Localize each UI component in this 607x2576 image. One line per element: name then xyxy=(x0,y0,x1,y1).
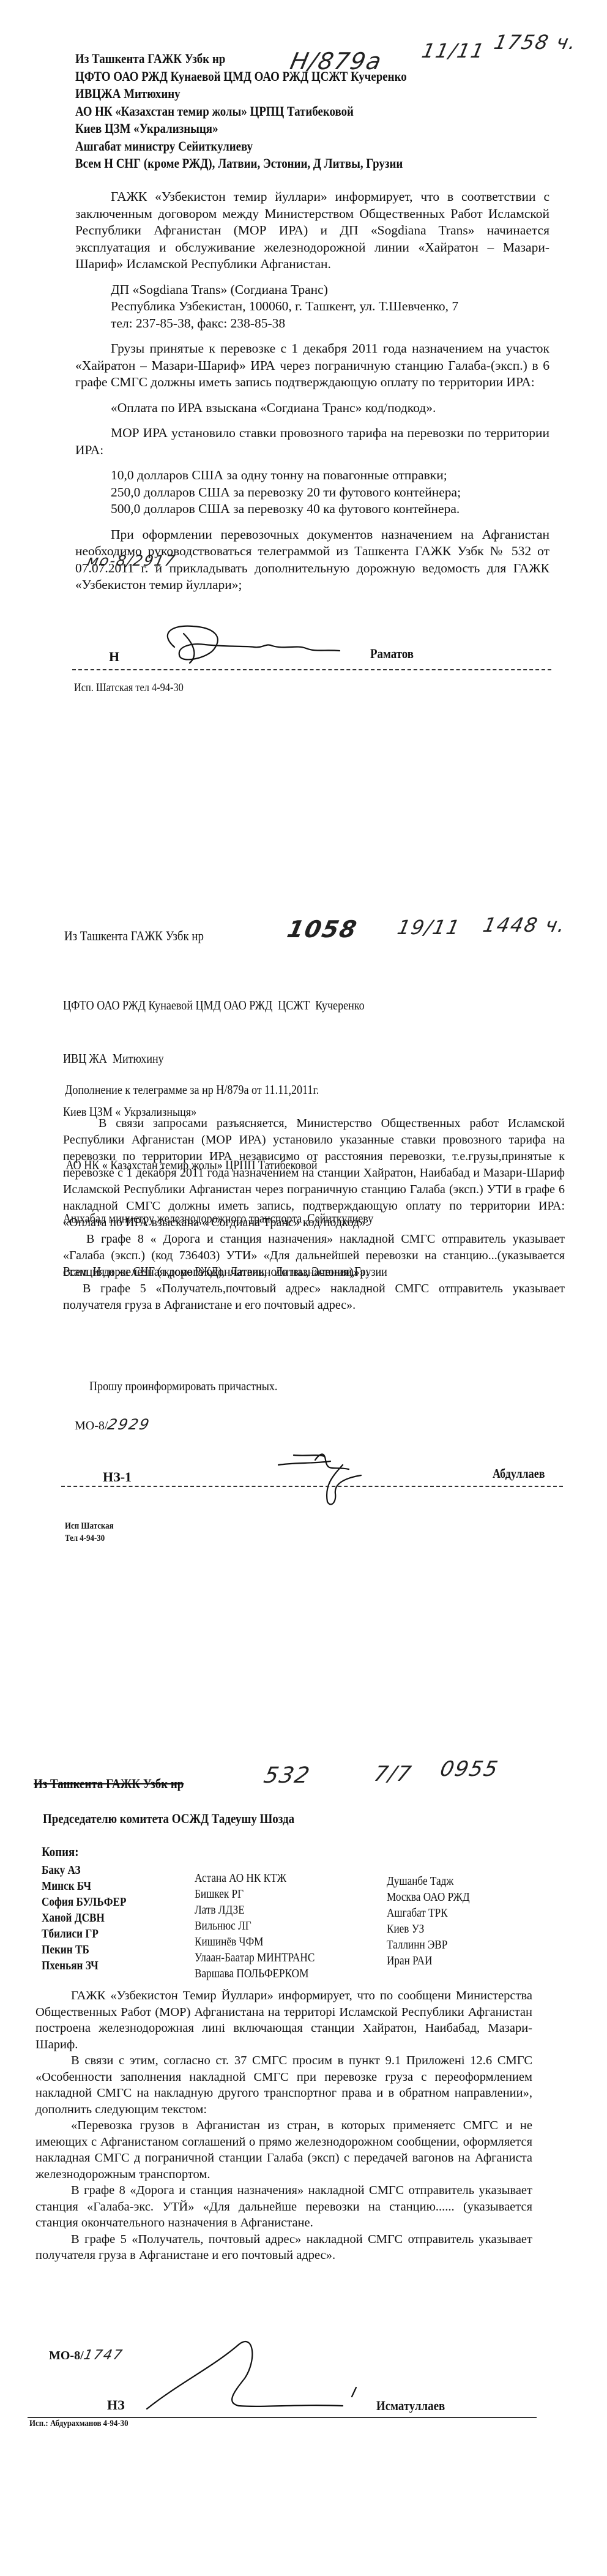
tariff-item: 10,0 долларов США за одну тонну на поваг… xyxy=(111,467,549,484)
telegram-document-1: Н/879а 11/11 1758 ч. Из Ташкента ГАЖК Уз… xyxy=(0,0,607,692)
recipient-line: ЦФТО ОАО РЖД Кунаевой ЦМД ОАО РЖД ЦСЖТ К… xyxy=(75,68,475,86)
addressee-line: Председателю комитета ОСЖД Тадеушу Шозда xyxy=(43,1811,294,1827)
copy-recipient: Тбилиси ГР xyxy=(42,1926,127,1942)
closing-line: Прошу проинформировать причастных. xyxy=(89,1379,277,1394)
address-line: ДП «Sogdiana Trans» (Согдиана Транс) xyxy=(111,282,549,299)
copy-recipient: София БУЛЬФЕР xyxy=(42,1894,127,1910)
handwritten-date: 19/11 xyxy=(395,916,463,939)
copy-recipient: Вильнюс ЛГ xyxy=(195,1918,315,1934)
telegram-document-2: Из Ташкента ГАЖК Узбк нр 1058 19/11 1448… xyxy=(0,882,607,1555)
copy-recipient: Баку АЗ xyxy=(42,1862,127,1878)
body-paragraph: В графе 5 «Получатель, почтовый адрес» н… xyxy=(35,2231,532,2264)
message-body: ГАЖК «Узбекистон Темир Йуллари» информир… xyxy=(35,1988,532,2264)
signature xyxy=(275,1448,373,1509)
executor-line: Исп Шатская xyxy=(65,1520,114,1532)
recipient-line: АО НК «Казахстан темир жолы» ЦРПЦ Татибе… xyxy=(75,103,475,121)
recipient-line: ИВЦ ЖА Митюхину xyxy=(63,1050,387,1068)
copy-recipient: Ашгабат ТРК xyxy=(387,1905,470,1921)
copy-recipient: Душанбе Тадж xyxy=(387,1873,470,1889)
signature-rule xyxy=(28,2417,537,2418)
address-line: Республика Узбекистан, 100060, г. Ташкен… xyxy=(111,298,549,315)
signer-title: НЗ xyxy=(107,2397,125,2413)
copy-recipient: Пекин ТБ xyxy=(42,1942,127,1958)
copy-recipient: Астана АО НК КТЖ xyxy=(195,1870,315,1886)
tariff-list: 10,0 долларов США за одну тонну на поваг… xyxy=(75,467,549,518)
recipient-line: Киев ЦЗМ «Укрализныця» xyxy=(75,120,475,138)
executor-info: Исп. Шатская тел 4-94-30 xyxy=(74,681,184,695)
copy-list-column-3: Душанбе Тадж Москва ОАО РЖД Ашгабат ТРК … xyxy=(387,1873,470,1969)
sender-line: Из Ташкента ГАЖК Узбк нр xyxy=(64,928,204,944)
copy-recipient: Киев УЗ xyxy=(387,1921,470,1937)
copy-recipient: Латв ЛДЗЕ xyxy=(195,1902,315,1918)
body-paragraph: В связи запросами разъясняется, Министер… xyxy=(63,1115,565,1231)
copy-list-column-2: Астана АО НК КТЖ Бишкек РГ Латв ЛДЗЕ Вил… xyxy=(195,1870,315,1982)
copy-recipient: Таллинн ЭВР xyxy=(387,1937,470,1953)
signature-rule xyxy=(61,1486,563,1487)
executor-info: Исп.: Абдурахманов 4-94-30 xyxy=(29,2419,128,2429)
handwritten-outgoing-number: мо-8/2917 xyxy=(86,552,177,569)
recipient-line: Ашгабат министру Сейиткулиеву xyxy=(75,138,475,155)
handwritten-date: 7/7 xyxy=(372,1762,414,1786)
signature xyxy=(156,621,352,667)
handwritten-reg-number: 532 xyxy=(262,1763,313,1788)
telegram-subject: Дополнение к телеграмме за нр Н/879а от … xyxy=(65,1082,319,1098)
body-paragraph: В графе 8 «Дорога и станция назначения» … xyxy=(35,2182,532,2231)
body-paragraph: ГАЖК «Узбекистон Темир Йуллари» информир… xyxy=(35,1988,532,2053)
outgoing-number: МО-8/1747 xyxy=(49,2348,123,2363)
handwritten-outgoing-number: 2929 xyxy=(106,1416,152,1433)
body-paragraph: ГАЖК «Узбекистон темир йуллари» информир… xyxy=(75,189,549,273)
copy-recipient: Ханой ДСВН xyxy=(42,1910,127,1926)
copy-label: Копия: xyxy=(42,1844,79,1860)
signer-title: Н xyxy=(109,649,119,665)
copy-recipient: Пхеньян ЗЧ xyxy=(42,1958,127,1974)
handwritten-time: 1758 ч. xyxy=(492,31,579,54)
signature-rule xyxy=(72,669,551,670)
copy-recipient: Кишинёв ЧФМ xyxy=(195,1934,315,1950)
executor-line: Тел 4-94-30 xyxy=(65,1532,114,1544)
sender-line: Из Ташкента ГАЖК Узбк нр xyxy=(75,50,475,68)
copy-recipient: Бишкек РГ xyxy=(195,1886,315,1902)
recipient-line: ЦФТО ОАО РЖД Кунаевой ЦМД ОАО РЖД ЦСЖТ К… xyxy=(63,997,387,1014)
handwritten-time: 1448 ч. xyxy=(481,913,568,937)
sender-line: Из Ташкента ГАЖК Узбк нр xyxy=(34,1776,184,1792)
address-block: ДП «Sogdiana Trans» (Согдиана Транс) Рес… xyxy=(75,282,549,332)
signer-name: Абдуллаев xyxy=(493,1466,545,1481)
outgoing-number: МО-8/2929 xyxy=(75,1416,151,1433)
copy-list-column-1: Баку АЗ Минск БЧ София БУЛЬФЕР Ханой ДСВ… xyxy=(42,1862,127,1974)
copy-recipient: Улаан-Баатар МИНТРАНС xyxy=(195,1950,315,1966)
executor-info: Исп Шатская Тел 4-94-30 xyxy=(65,1520,114,1544)
recipient-line: Всем Н СНГ (кроме РЖД), Латвии, Эстонии,… xyxy=(75,155,475,173)
copy-recipient: Иран РАИ xyxy=(387,1953,470,1969)
handwritten-reg-number: 1058 xyxy=(285,916,360,943)
body-paragraph: В графе 8 « Дорога и станция назначения»… xyxy=(63,1231,565,1281)
telegram-document-3: Из Ташкента ГАЖК Узбк нр 532 7/7 0955 Пр… xyxy=(0,1732,607,2576)
payment-quote: «Оплата по ИРА взыскана «Согдиана Транс»… xyxy=(75,400,549,417)
copy-recipient: Варшава ПОЛЬФЕРКОМ xyxy=(195,1966,315,1982)
body-paragraph: В графе 5 «Получатель,почтовый адрес» на… xyxy=(63,1281,565,1314)
handwritten-outgoing-number: 1747 xyxy=(82,2348,124,2363)
signer-title: НЗ-1 xyxy=(103,1469,132,1485)
message-body: ГАЖК «Узбекистон темир йуллари» информир… xyxy=(75,189,549,602)
message-body: В связи запросами разъясняется, Министер… xyxy=(63,1115,565,1314)
copy-recipient: Москва ОАО РЖД xyxy=(387,1889,470,1905)
outgoing-number-prefix: МО-8/ xyxy=(75,1419,108,1432)
handwritten-time: 0955 xyxy=(438,1757,501,1781)
body-paragraph: В связи с этим, согласно ст. 37 СМГС про… xyxy=(35,2053,532,2117)
tariff-item: 500,0 долларов США за перевозку 40 ка фу… xyxy=(111,501,549,518)
recipient-line: ИВЦЖА Митюхину xyxy=(75,85,475,103)
body-paragraph: «Перевозка грузов в Афганистан из стран,… xyxy=(35,2117,532,2182)
tariff-item: 250,0 долларов США за перевозку 20 ти фу… xyxy=(111,484,549,501)
outgoing-number-prefix: МО-8/ xyxy=(49,2349,84,2362)
address-line: тел: 237-85-38, факс: 238-85-38 xyxy=(111,315,549,332)
signer-name: Исматуллаев xyxy=(376,2398,445,2414)
address-header: Из Ташкента ГАЖК Узбк нр ЦФТО ОАО РЖД Ку… xyxy=(75,50,475,173)
signer-name: Раматов xyxy=(370,646,414,662)
copy-recipient: Минск БЧ xyxy=(42,1878,127,1894)
body-paragraph: Грузы принятые к перевозке с 1 декабря 2… xyxy=(75,340,549,391)
body-paragraph: МОР ИРА установило ставки провозного тар… xyxy=(75,425,549,459)
signature xyxy=(141,2329,361,2412)
